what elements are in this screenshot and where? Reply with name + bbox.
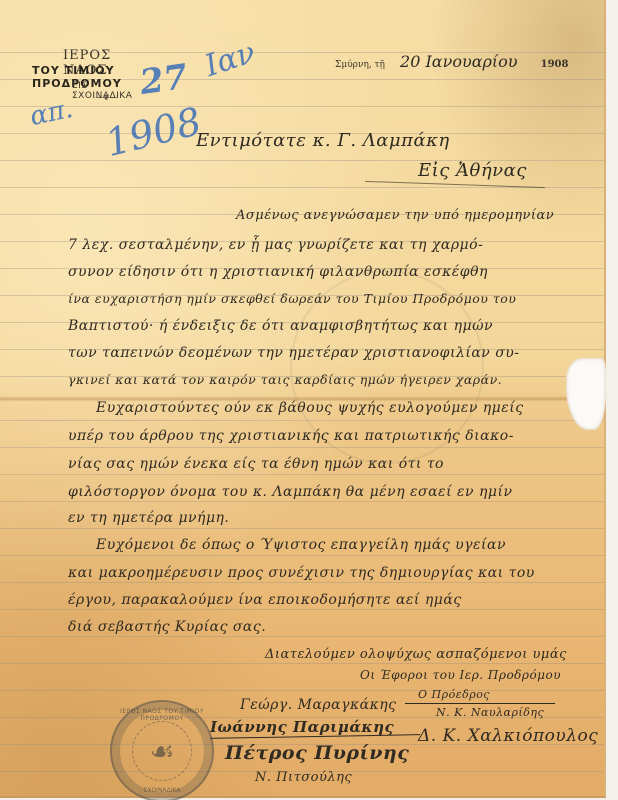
ruled-line (0, 528, 604, 529)
pencil-year: 1908 (101, 99, 205, 165)
addressee-location: Εἰς Ἀθήνας (418, 160, 527, 181)
body-line: γκινεί και κατά τον καιρόν ταις καρδίαις… (68, 372, 502, 387)
seal-bottom-text: ΣΧΟΙΝΑΔΙΚΑ (112, 787, 212, 794)
body-line: εν τη ημετέρα μνήμη. (68, 510, 229, 526)
date-year: 1908 (541, 59, 569, 70)
pencil-prefix: απ. (27, 94, 75, 132)
ruled-line (0, 106, 604, 107)
ruled-line (0, 663, 604, 664)
body-line: ίνα ευχαριστήση ημίν σκεφθεί δωρεάν του … (68, 291, 516, 306)
signature: Γεώργ. Μαραγκάκης (240, 697, 397, 713)
seal-eagle-emblem-icon: ☙ (132, 721, 192, 781)
signature-underline (405, 703, 555, 704)
body-line: Ευχόμενοι δε όπως ο Ύψιστος επαγγείλη ημ… (96, 537, 506, 553)
signature: Ιωάννης Παριμάκης (210, 718, 394, 736)
letter-paper: ΙΕΡΟΣ ΝΑΟΣ ΤΟΥ ΤΙΜΙΟΥ ΠΡΟΔΡΟΜΟΥ ΕΙΣ ΣΧΟΙ… (0, 0, 606, 798)
ruled-line (0, 447, 604, 448)
ruled-line (0, 690, 604, 691)
seal-top-text: ΙΕΡΟΣ ΝΑΟΣ ΤΟΥ ΤΙΜΙΟΥ ΠΡΟΔΡΟΜΟΥ (112, 708, 212, 722)
body-line: διά σεβαστής Κυρίας σας. (68, 619, 266, 635)
body-line: των ταπεινών δεομένων την ημετέραν χριστ… (68, 345, 520, 361)
letterhead-ornament: ⁓❦⁓ (95, 93, 118, 102)
body-line: νίας σας ημών ένεκα είς τα έθνη ημών και… (68, 456, 444, 472)
body-line: φιλόστοργον όνομα του κ. Λαμπάκη θα μένη… (68, 484, 512, 500)
salutation: Εντιμότατε κ. Γ. Λαμπάκη (196, 130, 450, 151)
church-seal: ΙΕΡΟΣ ΝΑΟΣ ΤΟΥ ΤΙΜΙΟΥ ΠΡΟΔΡΟΜΟΥ ☙ ΣΧΟΙΝΑ… (110, 700, 214, 800)
body-line: Ευχαριστούντες ούν εκ βάθους ψυχής ευλογ… (96, 400, 524, 416)
signature: Πέτρος Πυρίνης (225, 742, 409, 764)
date-place: Σμύρνη, τῇ (335, 60, 385, 70)
pencil-day: 27 (137, 57, 189, 103)
ruled-line (0, 420, 604, 421)
body-line: υπέρ του άρθρου της χριστιανικής και πατ… (68, 428, 514, 444)
seal-emblem: ☙ (149, 735, 174, 768)
ruled-line (0, 555, 604, 556)
ruled-line (0, 501, 604, 502)
ruled-line (0, 474, 604, 475)
signature: Ν. Κ. Ναυλαρίδης (436, 706, 544, 719)
body-line: 7 λεχ. σεσταλμένην, εν ᾗ μας γνωρίζετε κ… (68, 237, 483, 253)
dateline: Σμύρνη, τῇ 20 Ιανουαρίου 1908 (335, 52, 568, 71)
body-line: έργου, παρακαλούμεν ίνα εποικοδομήσητε α… (68, 592, 462, 608)
body-line: και μακροημέρευσιν προς συνέχισιν της δη… (68, 565, 535, 581)
signature: Δ. Κ. Χαλκιόπουλος (418, 726, 598, 746)
body-line: Ασμένως ανεγνώσαμεν την υπό ημερομηνίαν (236, 208, 554, 223)
ruled-line (0, 187, 604, 188)
signature-president: Ο Πρόεδρος (418, 688, 490, 701)
ruled-line (0, 636, 604, 637)
closing-line: Διατελούμεν ολοψύχως ασπαζόμενοι υμάς (265, 647, 567, 662)
pencil-month: Ιαν (201, 35, 260, 84)
ruled-line (0, 609, 604, 610)
body-line: συνον είδησιν ότι η χριστιανική φιλανθρω… (68, 264, 488, 280)
body-line: Βαπτιστού· ή ένδειξις δε ότι αναμφισβητή… (68, 318, 493, 334)
ruled-line (0, 582, 604, 583)
closing-title: Οι Έφοροι του Ιερ. Προδρόμου (360, 668, 561, 682)
date-handwritten: 20 Ιανουαρίου (400, 52, 518, 71)
signature: Ν. Πιτσούλης (255, 770, 352, 785)
